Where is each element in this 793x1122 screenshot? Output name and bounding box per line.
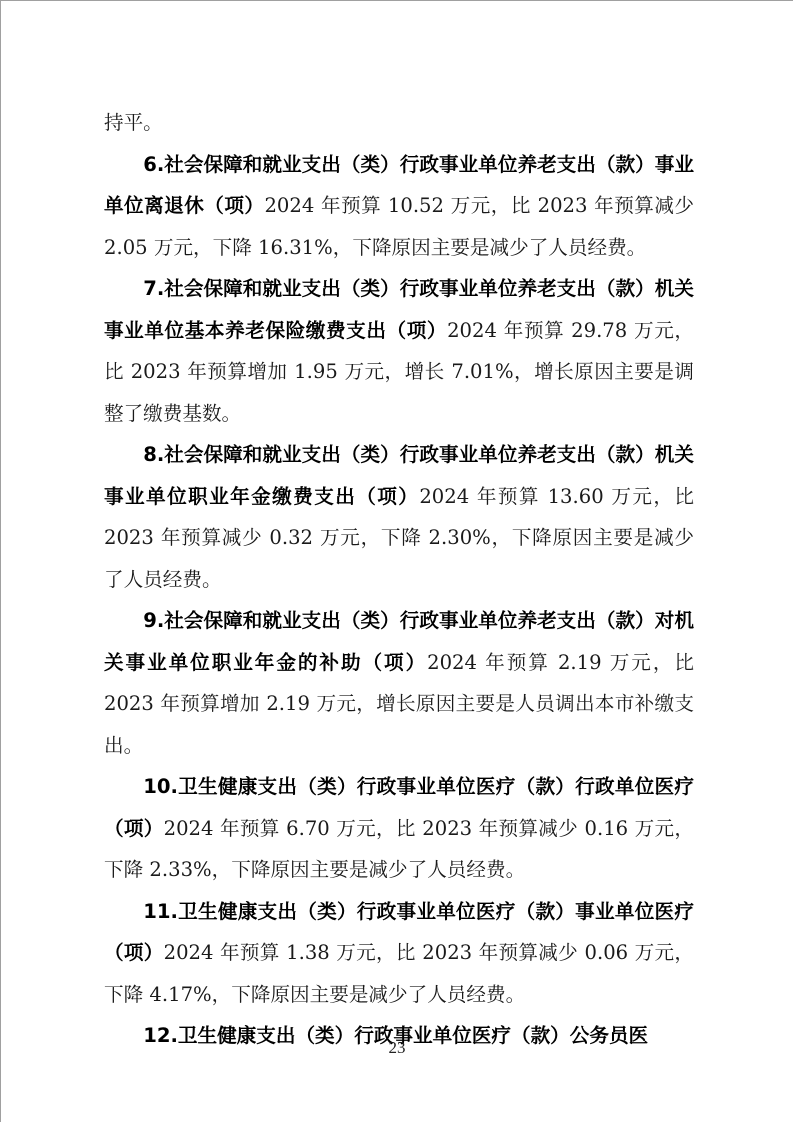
document-page: 持平。 6.社会保障和就业支出（类）行政事业单位养老支出（款）事业单位离退休（项… (0, 0, 793, 1122)
page-body: 持平。 6.社会保障和就业支出（类）行政事业单位养老支出（款）事业单位离退休（项… (104, 102, 694, 1057)
budget-item-7: 7.社会保障和就业支出（类）行政事业单位养老支出（款）机关事业单位基本养老保险缴… (104, 268, 694, 434)
budget-item-11: 11.卫生健康支出（类）行政事业单位医疗（款）事业单位医疗（项）2024 年预算… (104, 891, 694, 1016)
item-body: 2024 年预算 6.70 万元，比 2023 年预算减少 0.16 万元，下降… (104, 817, 694, 882)
budget-item-9: 9.社会保障和就业支出（类）行政事业单位养老支出（款）对机关事业单位职业年金的补… (104, 600, 694, 766)
budget-item-8: 8.社会保障和就业支出（类）行政事业单位养老支出（款）机关事业单位职业年金缴费支… (104, 434, 694, 600)
budget-item-10: 10.卫生健康支出（类）行政事业单位医疗（款）行政单位医疗（项）2024 年预算… (104, 766, 694, 891)
budget-item-6: 6.社会保障和就业支出（类）行政事业单位养老支出（款）事业单位离退休（项）202… (104, 144, 694, 269)
continuation-text: 持平。 (104, 102, 694, 144)
item-body: 2024 年预算 1.38 万元，比 2023 年预算减少 0.06 万元，下降… (104, 941, 694, 1006)
page-number: 23 (1, 1038, 793, 1058)
